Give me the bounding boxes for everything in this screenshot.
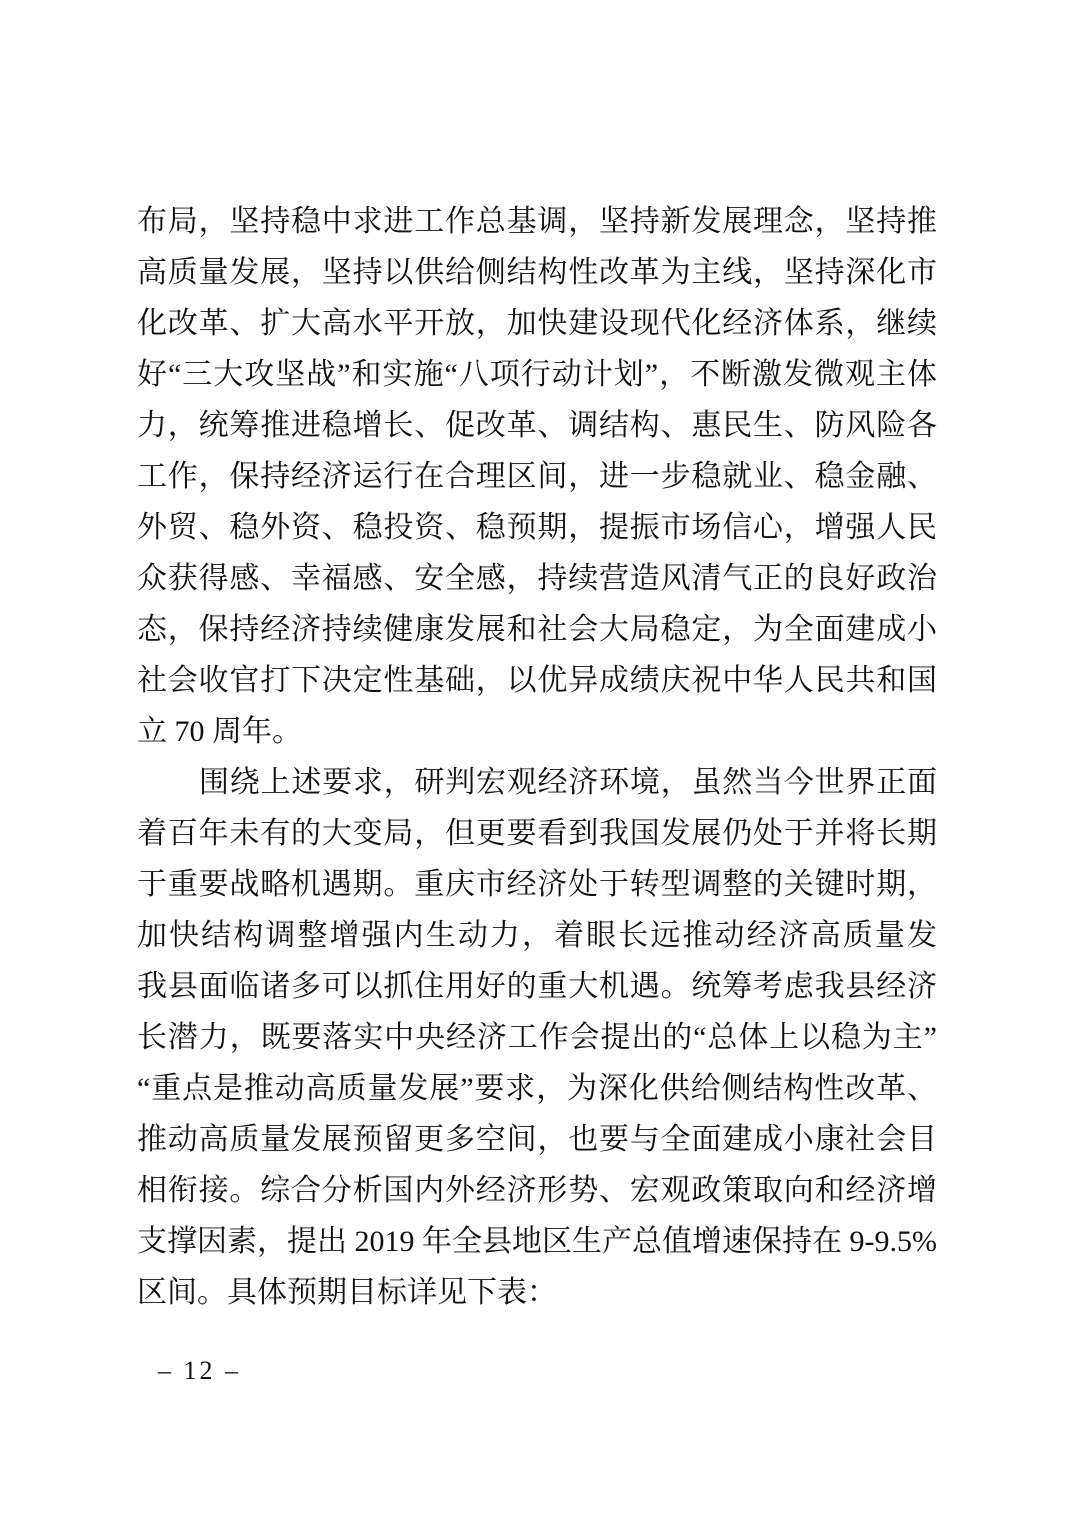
text-line: 于重要战略机遇期。重庆市经济处于转型调整的关键时期，正 [137,859,937,910]
text-line: 相衔接。综合分析国内外经济形势、宏观政策取向和经济增长 [137,1165,937,1216]
text-line: 推动高质量发展预留更多空间，也要与全面建成小康社会目标 [137,1114,937,1165]
text-line: 我县面临诸多可以抓住用好的重大机遇。统筹考虑我县经济增 [137,961,937,1012]
text-line: 化改革、扩大高水平开放，加快建设现代化经济体系，继续打 [137,298,937,349]
text-line: 众获得感、幸福感、安全感，持续营造风清气正的良好政治生 [137,553,937,604]
text-line: “重点是推动高质量发展”要求，为深化供给侧结构性改革、 [137,1063,937,1114]
document-page: 布局，坚持稳中求进工作总基调，坚持新发展理念，坚持推进 高质量发展，坚持以供给侧… [0,0,1074,1520]
text-line: 外贸、稳外资、稳投资、稳预期，提振市场信心，增强人民群 [137,502,937,553]
text-line: 围绕上述要求，研判宏观经济环境，虽然当今世界正面临 [137,757,937,808]
document-body: 布局，坚持稳中求进工作总基调，坚持新发展理念，坚持推进 高质量发展，坚持以供给侧… [137,196,937,1318]
text-line: 力，统筹推进稳增长、促改革、调结构、惠民生、防风险各项 [137,400,937,451]
text-line: 支撑因素，提出 2019 年全县地区生产总值增速保持在 9-9.5% [137,1216,937,1267]
text-line: 立 70 周年。 [137,706,937,757]
text-line: 工作，保持经济运行在合理区间，进一步稳就业、稳金融、稳 [137,451,937,502]
text-line: 态，保持经济持续健康发展和社会大局稳定，为全面建成小康 [137,604,937,655]
page-number: – 12 – [158,1352,241,1390]
text-line: 社会收官打下决定性基础，以优异成绩庆祝中华人民共和国成 [137,655,937,706]
text-line: 着百年未有的大变局，但更要看到我国发展仍处于并将长期处 [137,808,937,859]
paragraph-1: 布局，坚持稳中求进工作总基调，坚持新发展理念，坚持推进 高质量发展，坚持以供给侧… [137,196,937,757]
text-line: 布局，坚持稳中求进工作总基调，坚持新发展理念，坚持推进 [137,196,937,247]
text-line: 区间。具体预期目标详见下表： [137,1267,937,1318]
text-line: 高质量发展，坚持以供给侧结构性改革为主线，坚持深化市场 [137,247,937,298]
text-line: 长潜力，既要落实中央经济工作会提出的“总体上以稳为主” [137,1012,937,1063]
text-line: 好“三大攻坚战”和实施“八项行动计划”，不断激发微观主体活 [137,349,937,400]
text-line: 加快结构调整增强内生动力，着眼长远推动经济高质量发展， [137,910,937,961]
paragraph-2: 围绕上述要求，研判宏观经济环境，虽然当今世界正面临 着百年未有的大变局，但更要看… [137,757,937,1318]
